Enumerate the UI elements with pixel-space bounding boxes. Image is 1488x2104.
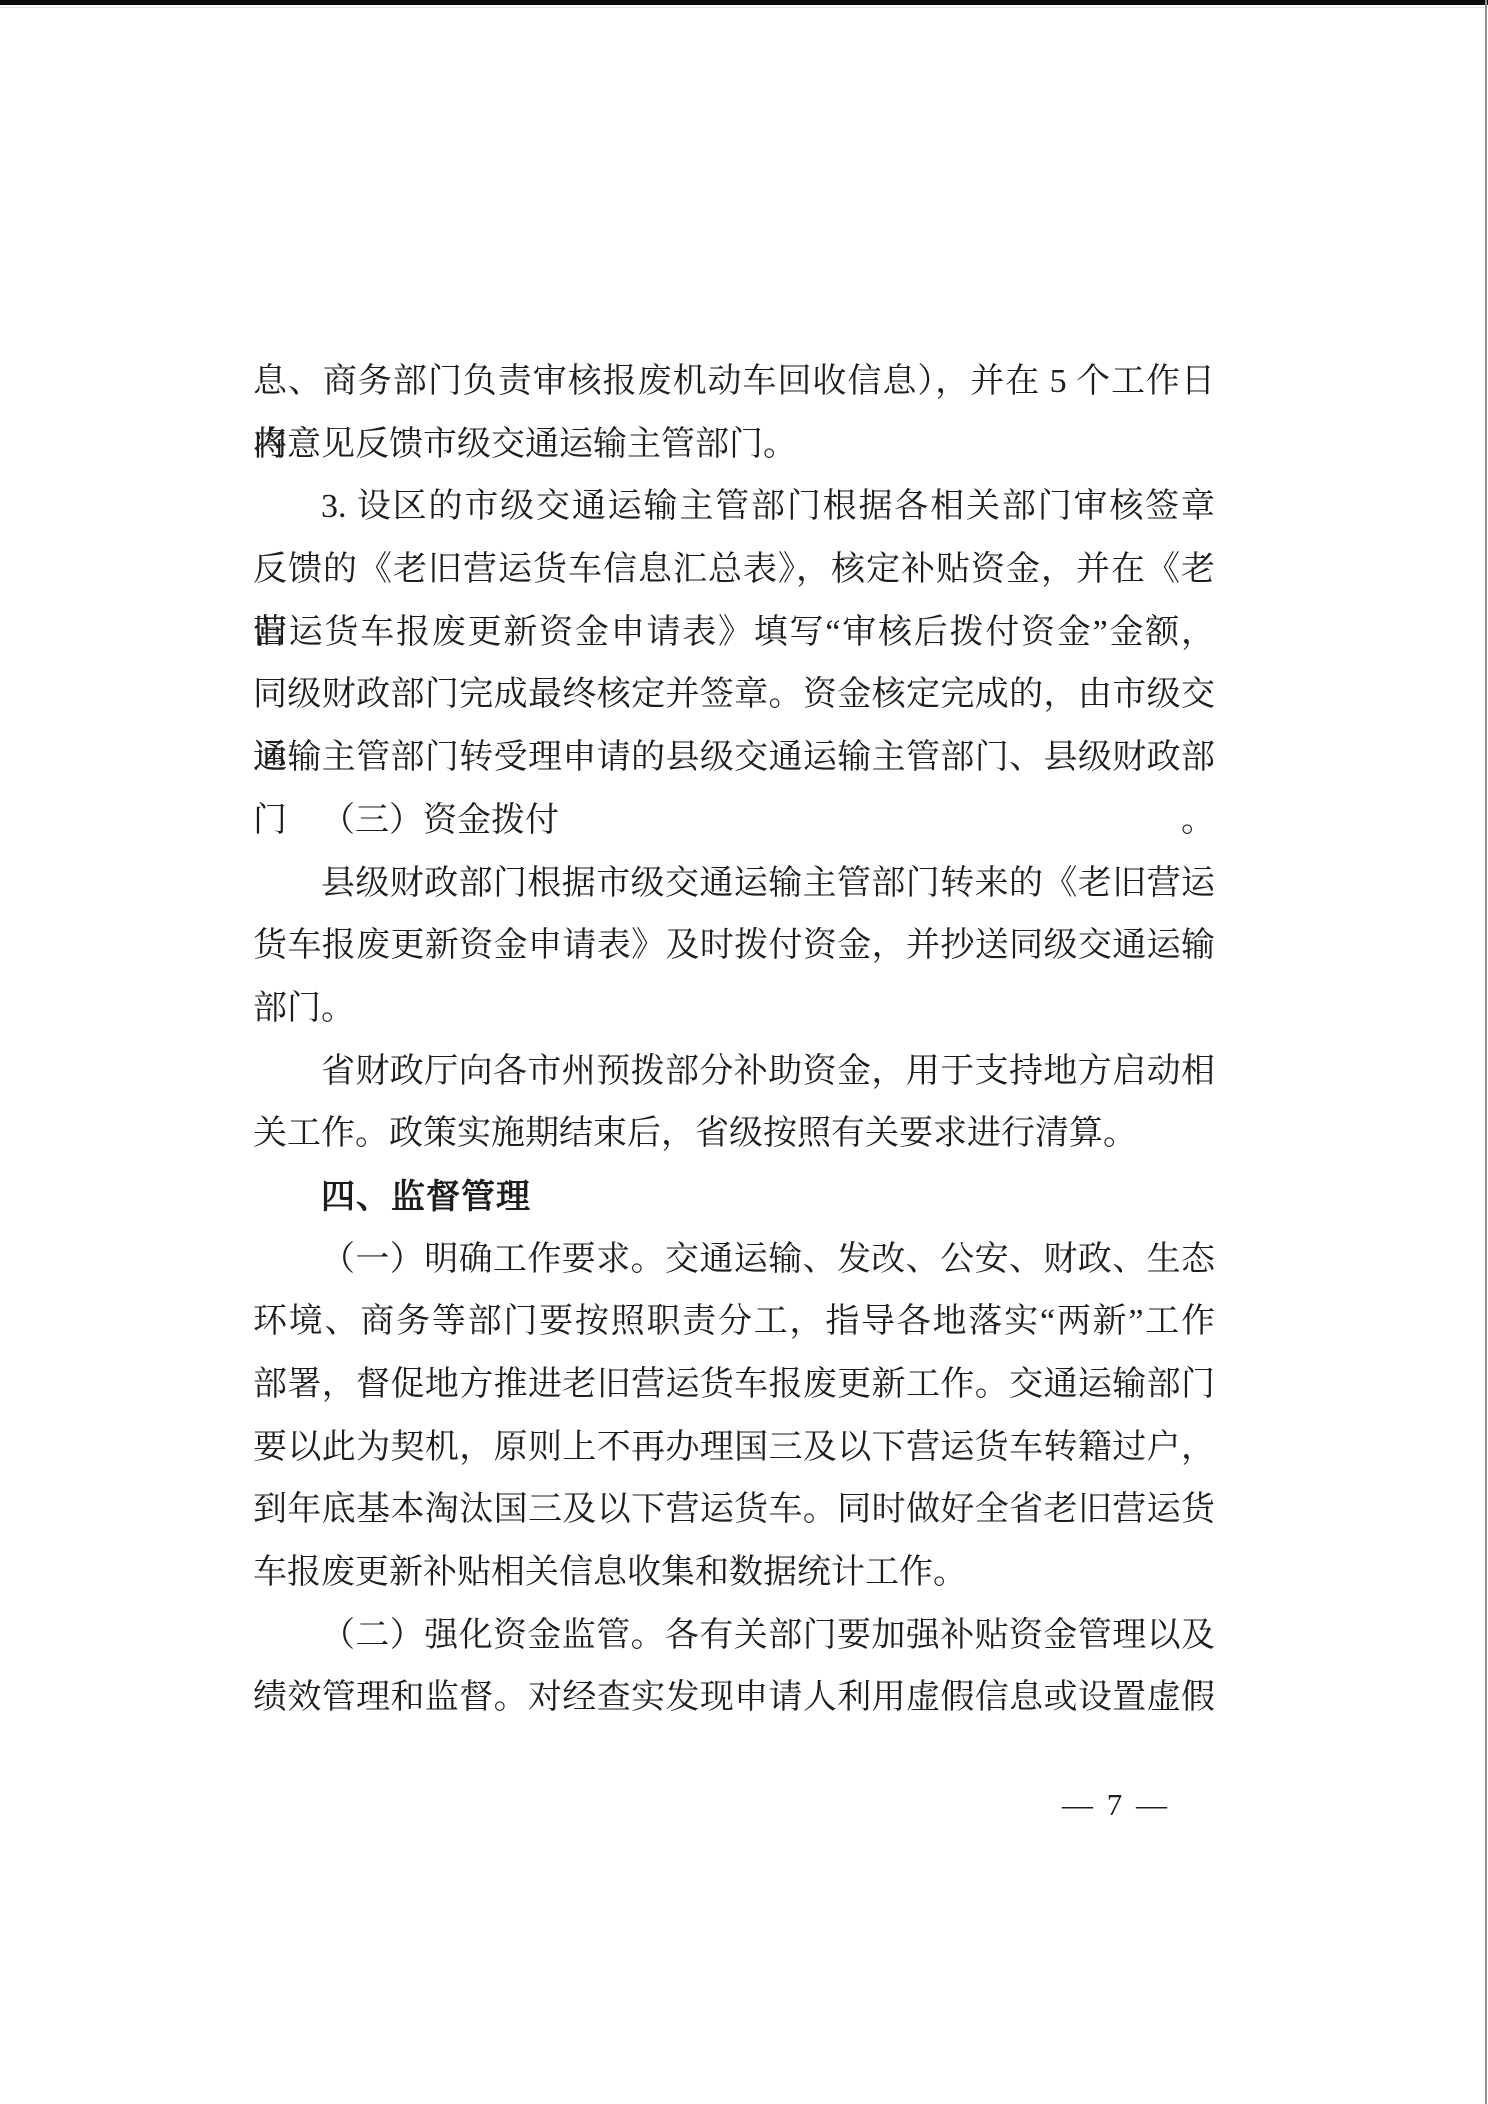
- text-line: 3. 设区的市级交通运输主管部门根据各相关部门审核签章: [253, 476, 1215, 539]
- text-line: 县级财政部门根据市级交通运输主管部门转来的《老旧营运: [253, 853, 1215, 916]
- scan-edge-right: [1485, 0, 1487, 2104]
- text-line: 将意见反馈市级交通运输主管部门。: [253, 414, 1215, 477]
- text-line: 运输主管部门转受理申请的县级交通运输主管部门、县级财政部门。: [253, 727, 1215, 790]
- text-line: 息、商务部门负责审核报废机动车回收信息），并在 5 个工作日内: [253, 351, 1215, 414]
- text-line: 环境、商务等部门要按照职责分工，指导各地落实“两新”工作: [253, 1291, 1215, 1354]
- document-body: 息、商务部门负责审核报废机动车回收信息），并在 5 个工作日内将意见反馈市级交通…: [253, 351, 1215, 1730]
- text-line: 营运货车报废更新资金申请表》填写“审核后拨付资金”金额，: [253, 602, 1215, 665]
- text-line: 货车报废更新资金申请表》及时拨付资金，并抄送同级交通运输: [253, 915, 1215, 978]
- text-line: 同级财政部门完成最终核定并签章。资金核定完成的，由市级交通: [253, 664, 1215, 727]
- text-line: 四、监督管理: [253, 1166, 1215, 1229]
- page-number: — 7 —: [1062, 1787, 1170, 1823]
- text-line: （二）强化资金监管。各有关部门要加强补贴资金管理以及: [253, 1605, 1215, 1668]
- text-line: 绩效管理和监督。对经查实发现申请人利用虚假信息或设置虚假: [253, 1667, 1215, 1730]
- text-line: 到年底基本淘汰国三及以下营运货车。同时做好全省老旧营运货: [253, 1479, 1215, 1542]
- text-line: 关工作。政策实施期结束后，省级按照有关要求进行清算。: [253, 1103, 1215, 1166]
- scan-edge-top: [0, 0, 1488, 5]
- text-line: 车报废更新补贴相关信息收集和数据统计工作。: [253, 1542, 1215, 1605]
- text-line: （一）明确工作要求。交通运输、发改、公安、财政、生态: [253, 1229, 1215, 1292]
- text-line: 反馈的《老旧营运货车信息汇总表》，核定补贴资金，并在《老旧: [253, 539, 1215, 602]
- scan-edge-top-shadow: [0, 7, 1488, 8]
- text-line: 部门。: [253, 978, 1215, 1041]
- text-line: 要以此为契机，原则上不再办理国三及以下营运货车转籍过户，: [253, 1417, 1215, 1480]
- text-line: 省财政厅向各市州预拨部分补助资金，用于支持地方启动相: [253, 1041, 1215, 1104]
- document-page: 息、商务部门负责审核报废机动车回收信息），并在 5 个工作日内将意见反馈市级交通…: [0, 0, 1488, 2104]
- text-line: 部署，督促地方推进老旧营运货车报废更新工作。交通运输部门: [253, 1354, 1215, 1417]
